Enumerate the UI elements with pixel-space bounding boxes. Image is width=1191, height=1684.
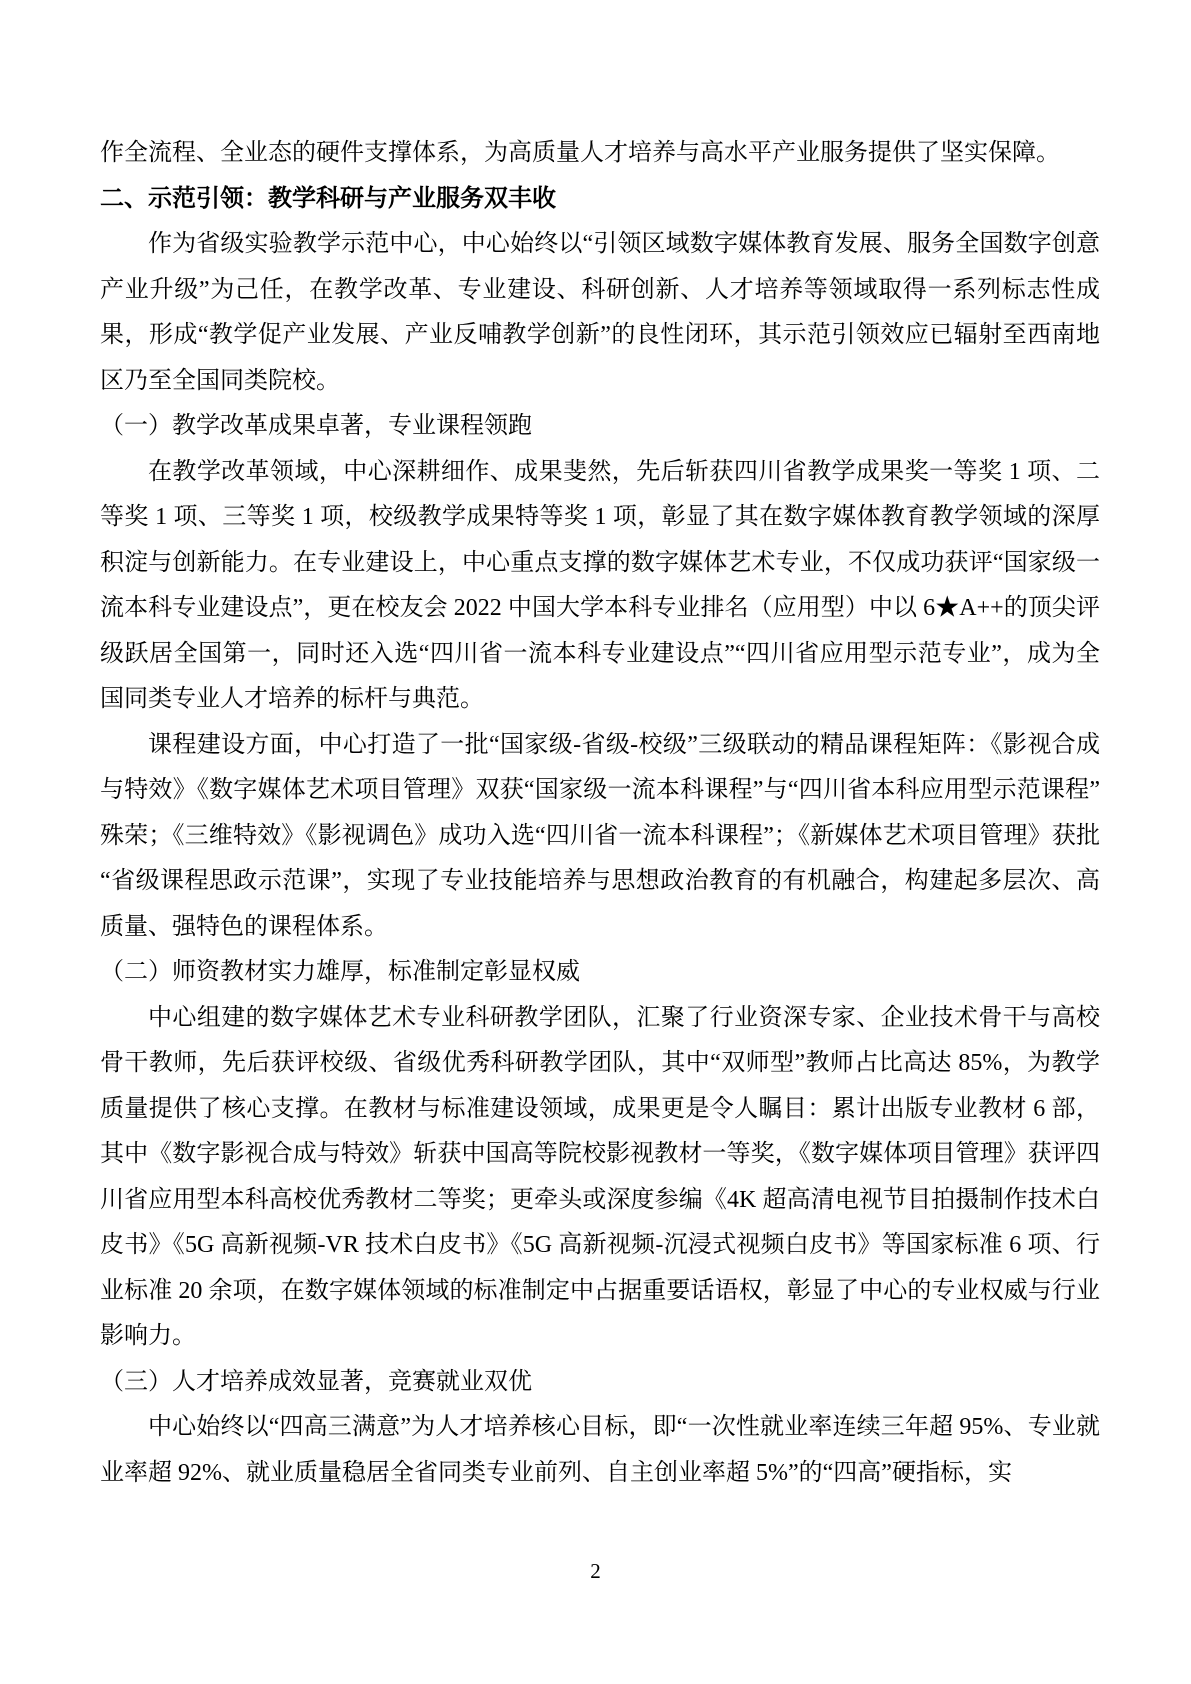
- page-number: 2: [0, 1558, 1191, 1584]
- paragraph-faculty-textbooks: 中心组建的数字媒体艺术专业科研教学团队，汇聚了行业资深专家、企业技术骨干与高校骨…: [100, 996, 1100, 1360]
- subsection-heading-3: （三）人才培养成效显著，竞赛就业双优: [100, 1360, 1100, 1406]
- subsection-heading-1: （一）教学改革成果卓著，专业课程领跑: [100, 404, 1100, 450]
- paragraph-overview: 作为省级实验教学示范中心，中心始终以“引领区域数字媒体教育发展、服务全国数字创意…: [100, 222, 1100, 404]
- subsection-heading-2: （二）师资教材实力雄厚，标准制定彰显权威: [100, 950, 1100, 996]
- document-page: 作全流程、全业态的硬件支撑体系，为高质量人才培养与高水平产业服务提供了坚实保障。…: [0, 0, 1191, 1684]
- section-heading-2: 二、示范引领：教学科研与产业服务双丰收: [100, 177, 1100, 223]
- paragraph-talent-training: 中心始终以“四高三满意”为人才培养核心目标，即“一次性就业率连续三年超 95%、…: [100, 1405, 1100, 1496]
- document-body: 作全流程、全业态的硬件支撑体系，为高质量人才培养与高水平产业服务提供了坚实保障。…: [100, 131, 1100, 1496]
- paragraph-continuation: 作全流程、全业态的硬件支撑体系，为高质量人才培养与高水平产业服务提供了坚实保障。: [100, 131, 1100, 177]
- paragraph-teaching-reform: 在教学改革领域，中心深耕细作、成果斐然，先后斩获四川省教学成果奖一等奖 1 项、…: [100, 450, 1100, 723]
- paragraph-course-building: 课程建设方面，中心打造了一批“国家级-省级-校级”三级联动的精品课程矩阵：《影视…: [100, 723, 1100, 951]
